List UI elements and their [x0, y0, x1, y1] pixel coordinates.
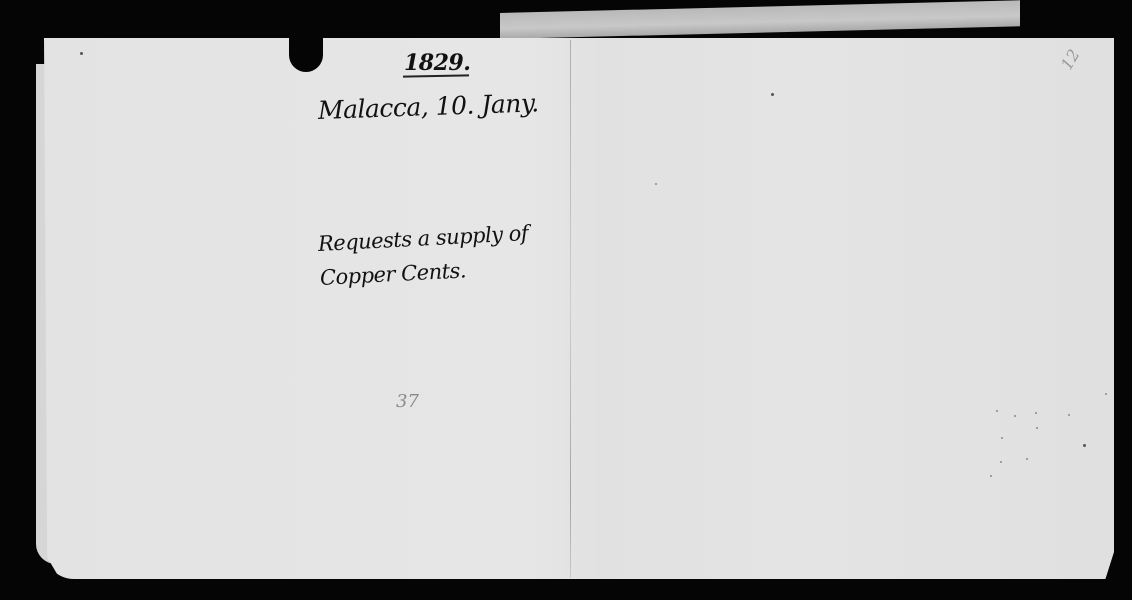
paper-speck	[771, 93, 774, 96]
document-sheet	[44, 38, 1114, 579]
paper-speck	[1001, 437, 1003, 439]
folio-number: 37	[396, 391, 419, 412]
paper-speck	[996, 410, 998, 412]
binding-notch	[289, 30, 323, 72]
docket-year: 1829.	[404, 50, 470, 76]
fold-crease	[570, 40, 571, 578]
back-page-edge	[500, 0, 1020, 39]
paper-speck	[1014, 415, 1016, 417]
paper-speck	[80, 52, 83, 55]
paper-speck	[1105, 393, 1107, 395]
paper-speck	[1000, 461, 1002, 463]
paper-speck	[1035, 412, 1037, 414]
paper-speck	[990, 475, 992, 477]
paper-speck	[1036, 427, 1038, 429]
paper-speck	[1026, 458, 1028, 460]
paper-speck	[1083, 444, 1086, 447]
paper-speck	[1068, 414, 1070, 416]
paper-speck	[655, 183, 657, 185]
scan-canvas: 1829. Malacca, 10. Jany. Requests a supp…	[0, 0, 1132, 600]
